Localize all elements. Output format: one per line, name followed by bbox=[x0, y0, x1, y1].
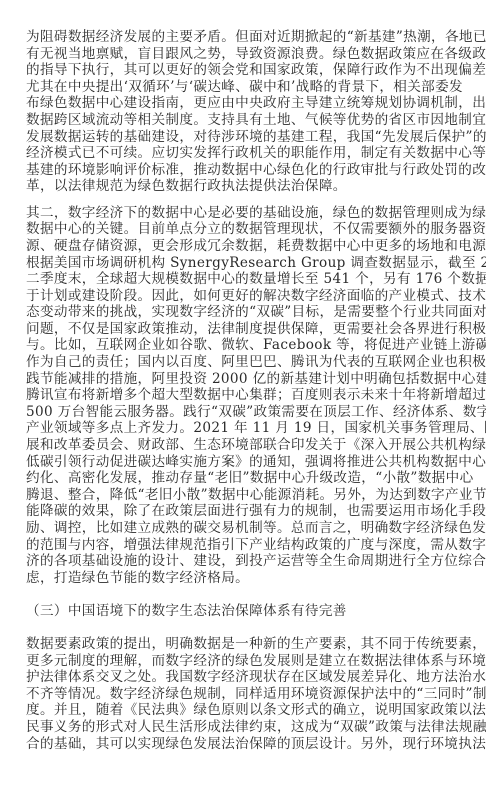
section-heading: （三）中国语境下的数字生态法治保障体系有待完善 bbox=[26, 603, 466, 620]
text-line: 发展数据运转的基础建设，对待涉环境的基建工程，我国“先发展后保护”的 bbox=[26, 129, 466, 146]
text-line: 基建的环境影响评价标准，推动数据中心绿色化的行政审批与行政处罚的改 bbox=[26, 162, 466, 179]
text-line: 有无视当地禀赋，盲目跟风之势，导致资源浪费。绿色数据政策应在各级政府 bbox=[26, 46, 466, 63]
text-line: 二季度末，全球超大规模数据中心的数量增长至 541 个，另有 176 个数据中心… bbox=[26, 271, 466, 288]
text-line: 数据要素政策的提出，明确数据是一种新的生产要素，其不同于传统要素，有 bbox=[26, 636, 466, 653]
text-line: 的范围与内容，增强法律规范指引下产业结构政策的广度与深度，需从数字经 bbox=[26, 537, 466, 554]
text-line: 腾讯宣布将新增多个超大型数据中心集群；百度则表示未来十年将新增超过 bbox=[26, 387, 466, 404]
text-line: 不齐等情况。数字经济绿色规制，同样适用环境资源保护法中的“三同时”制 bbox=[26, 686, 466, 703]
paragraph-1: 为阻碍数据经济发展的主要矛盾。但面对近期掀起的“新基建”热潮，各地已有无视当地禀… bbox=[26, 29, 466, 195]
text-line: 根据美国市场调研机构 SynergyResearch Group 调查数据显示，… bbox=[26, 255, 466, 272]
text-line: 励、调控，比如建立成熟的碳交易机制等。总而言之，明确数字经济绿色发展 bbox=[26, 520, 466, 537]
text-line: 问题，不仅是国家政策推动，法律制度提供保障，更需要社会各界进行积极参 bbox=[26, 321, 466, 338]
document-page: 为阻碍数据经济发展的主要矛盾。但面对近期掀起的“新基建”热潮，各地已有无视当地禀… bbox=[26, 29, 466, 752]
text-line: 态变动带来的挑战，实现数字经济的“双碳”目标，是需要整个行业共同面对的 bbox=[26, 304, 466, 321]
text-line: 腾退、整合，降低“老旧小散”数据中心能源消耗。另外，为达到数字产业节 bbox=[26, 487, 466, 504]
text-line: 为阻碍数据经济发展的主要矛盾。但面对近期掀起的“新基建”热潮，各地已 bbox=[26, 29, 466, 46]
text-line: 约化、高密化发展，推动存量“老旧”数据中心升级改造，“小散”数据中心 bbox=[26, 470, 466, 487]
section-heading-text: （三）中国语境下的数字生态法治保障体系有待完善 bbox=[26, 603, 466, 620]
text-line: 500 万台智能云服务器。践行“双碳”政策需要在顶层工作、经济体系、数字 bbox=[26, 404, 466, 421]
text-line: 低碳引领行动促进碳达峰实施方案》的通知，强调将推进公共机构数据中心集 bbox=[26, 454, 466, 471]
text-line: 尤其在中央提出‘双循环’与‘碳达峰、碳中和’战略的背景下，相关部委发 bbox=[26, 79, 466, 96]
text-line: 经济模式已不可续。应切实发挥行政机关的职能作用，制定有关数据中心等新 bbox=[26, 145, 466, 162]
text-line: 其二，数字经济下的数据中心是必要的基础设施，绿色的数据管理则成为绿色 bbox=[26, 205, 466, 222]
paragraph-3: 数据要素政策的提出，明确数据是一种新的生产要素，其不同于传统要素，有更多元制度的… bbox=[26, 636, 466, 752]
text-line: 数据跨区域流动等相关制度。支持具有土地、气候等优势的省区市因地制宜的 bbox=[26, 112, 466, 129]
text-line: 源、硬盘存储资源，更会形成冗余数据，耗费数据中心中更多的场地和电源。 bbox=[26, 238, 466, 255]
text-line: 护法律体系交叉之处。我国数字经济现状存在区域发展差异化、地方法治水平 bbox=[26, 669, 466, 686]
text-line: 与。比如，互联网企业如谷歌、微软、Facebook 等，将促进产业链上游碳中和 bbox=[26, 337, 466, 354]
text-line: 度。并且，随着《民法典》绿色原则以条文形式的确立，说明国家政策以法律 bbox=[26, 702, 466, 719]
text-line: 虑，打造绿色节能的数字经济格局。 bbox=[26, 570, 466, 587]
text-line: 民事义务的形式对人民生活形成法律约束，这成为“双碳”政策与法律法规融 bbox=[26, 719, 466, 736]
text-line: 的指导下执行，其可以更好的领会党和国家政策，保障行政作为不出现偏差。 bbox=[26, 62, 466, 79]
text-line: 革，以法律规范为绿色数据行政执法提供法治保障。 bbox=[26, 178, 466, 195]
text-line: 济的各项基础设施的设计、建设，到投产运营等全生命周期进行全方位综合考 bbox=[26, 553, 466, 570]
text-line: 布绿色数据中心建设指南，更应由中央政府主导建立统筹规划协调机制，出台 bbox=[26, 95, 466, 112]
paragraph-2: 其二，数字经济下的数据中心是必要的基础设施，绿色的数据管理则成为绿色数据中心的关… bbox=[26, 205, 466, 587]
text-line: 产业领域等多点上齐发力。2021 年 11 月 19 日，国家机关事务管理局、国… bbox=[26, 420, 466, 437]
text-line: 展和改革委员会、财政部、生态环境部联合印发关于《深入开展公共机构绿色 bbox=[26, 437, 466, 454]
text-line: 践节能减排的措施，阿里投资 2000 亿的新基建计划中明确包括数据中心建设； bbox=[26, 371, 466, 388]
text-line: 数据中心的关键。目前单点分立的数据管理现状，不仅需要额外的服务器资 bbox=[26, 221, 466, 238]
text-line: 作为自己的责任；国内以百度、阿里巴巴、腾讯为代表的互联网企业也积极实 bbox=[26, 354, 466, 371]
text-line: 更多元制度的理解，而数字经济的绿色发展则是建立在数据法律体系与环境保 bbox=[26, 653, 466, 670]
text-line: 合的基础，其可以实现绿色发展法治保障的顶层设计。另外，现行环境执法中 bbox=[26, 736, 466, 753]
text-line: 于计划或建设阶段。因此，如何更好的解决数字经济面临的产业模式、技术形 bbox=[26, 288, 466, 305]
text-line: 能降碳的效果，除了在政策层面进行强有力的规制，也需要运用市场化手段激 bbox=[26, 503, 466, 520]
